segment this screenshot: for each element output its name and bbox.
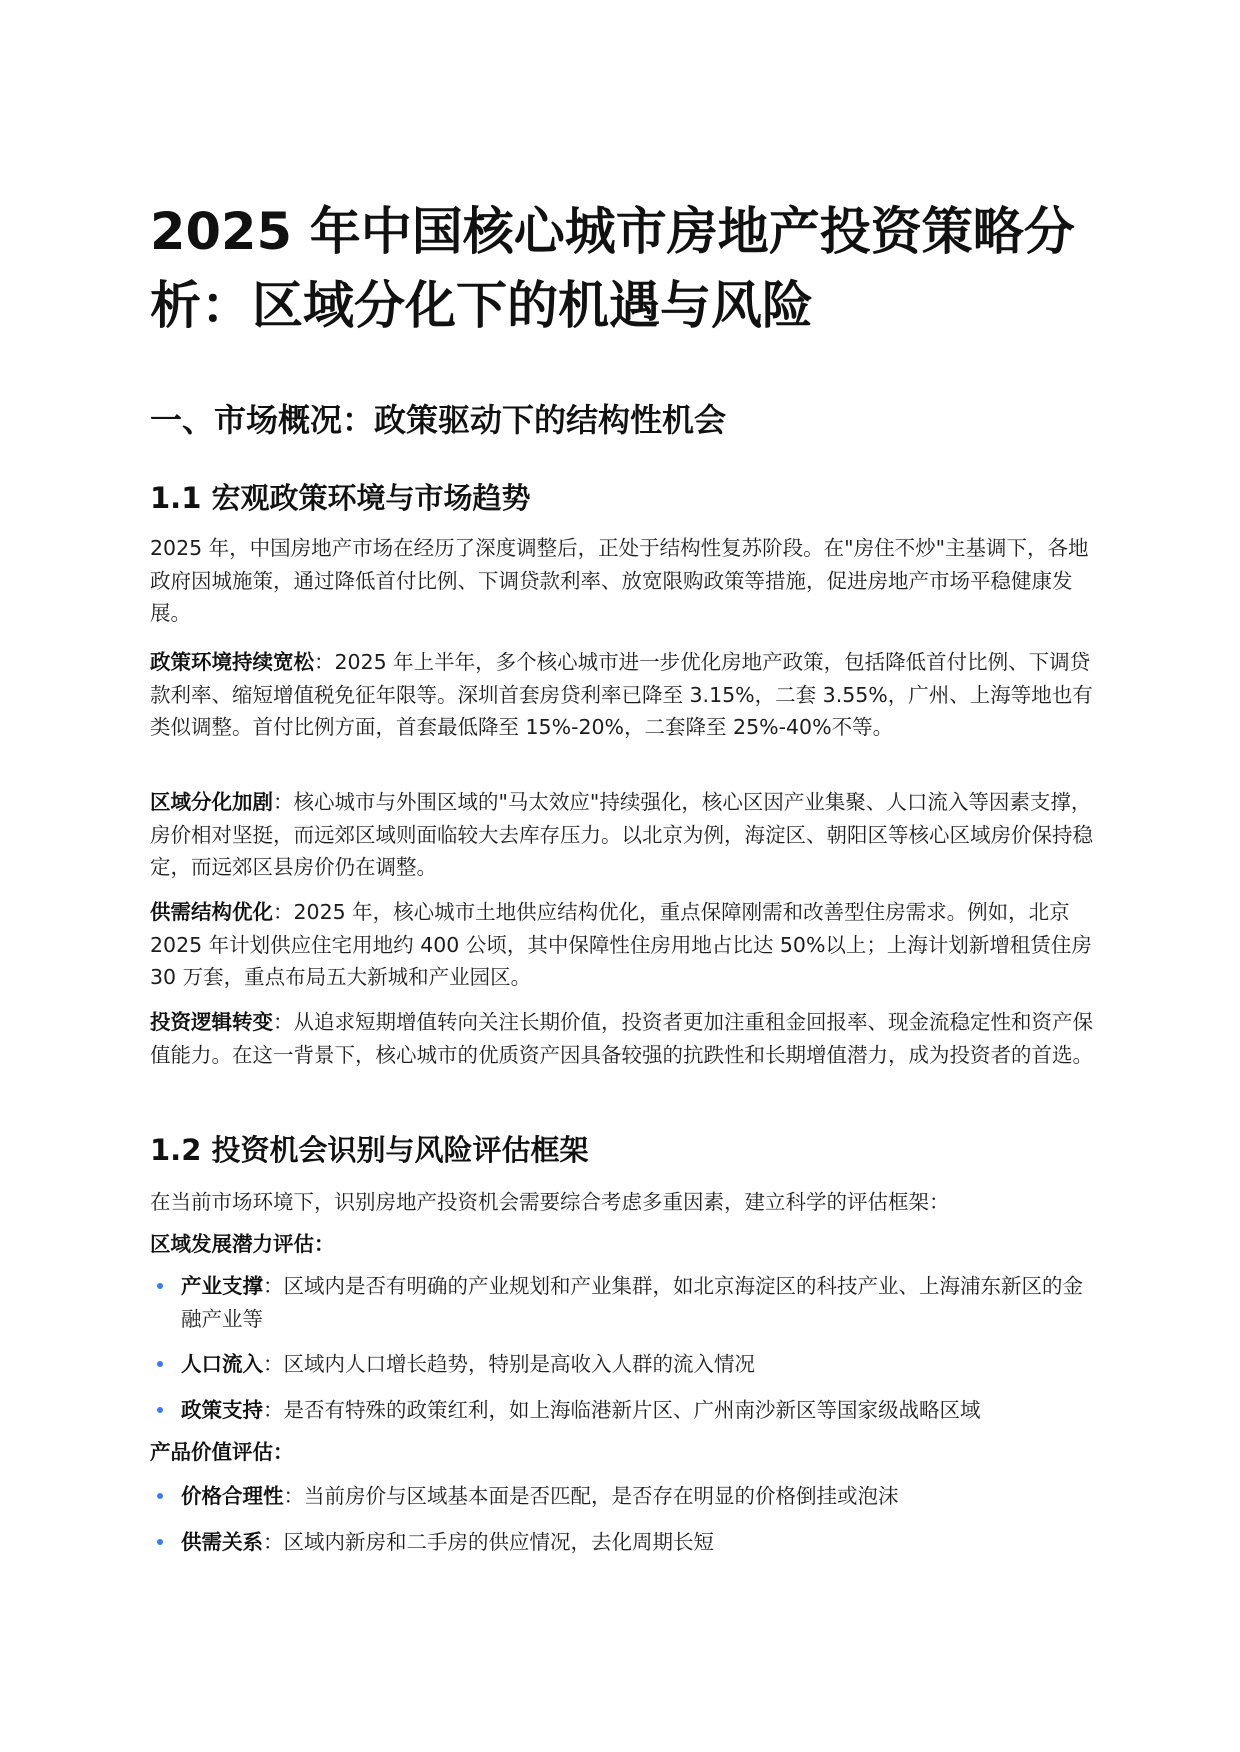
list-item: 政策支持：是否有特殊的政策红利，如上海临港新片区、广州南沙新区等国家级战略区域 [150, 1394, 1095, 1427]
paragraph-regional: 区域分化加剧：核心城市与外围区域的"马太效应"持续强化，核心区因产业集聚、人口流… [150, 786, 1095, 884]
subsection-heading-1-2: 1.2 投资机会识别与风险评估框架 [150, 1130, 588, 1170]
bullet-icon [157, 1361, 163, 1367]
group-label-regional: 区域发展潜力评估： [150, 1228, 335, 1260]
section-heading-1: 一、市场概况：政策驱动下的结构性机会 [150, 398, 726, 442]
paragraph-policy: 政策环境持续宽松：2025 年上半年，多个核心城市进一步优化房地产政策，包括降低… [150, 646, 1095, 744]
bullet-icon [157, 1493, 163, 1499]
paragraph-investment: 投资逻辑转变：从追求短期增值转向关注长期价值，投资者更加注重租金回报率、现金流稳… [150, 1006, 1095, 1071]
framework-intro: 在当前市场环境下，识别房地产投资机会需要综合考虑多重因素，建立科学的评估框架： [150, 1186, 1095, 1219]
paragraph-label: 区域分化加剧 [150, 790, 273, 814]
bullet-icon [157, 1407, 163, 1413]
paragraph-label: 投资逻辑转变 [150, 1010, 273, 1034]
bullet-icon [157, 1539, 163, 1545]
intro-paragraph: 2025 年，中国房地产市场在经历了深度调整后，正处于结构性复苏阶段。在"房住不… [150, 532, 1095, 630]
paragraph-label: 政策环境持续宽松 [150, 650, 314, 674]
subsection-heading-1-1: 1.1 宏观政策环境与市场趋势 [150, 478, 530, 518]
document-title: 2025 年中国核心城市房地产投资策略分析：区域分化下的机遇与风险 [150, 196, 1110, 344]
group-label-product: 产品价值评估： [150, 1436, 294, 1468]
list-item: 人口流入：区域内人口增长趋势，特别是高收入人群的流入情况 [150, 1348, 1095, 1381]
list-item: 供需关系：区域内新房和二手房的供应情况，去化周期长短 [150, 1526, 1095, 1559]
list-item: 价格合理性：当前房价与区域基本面是否匹配，是否存在明显的价格倒挂或泡沫 [150, 1480, 1095, 1513]
list-item: 产业支撑：区域内是否有明确的产业规划和产业集群，如北京海淀区的科技产业、上海浦东… [150, 1270, 1095, 1335]
bullet-icon [157, 1283, 163, 1289]
paragraph-label: 供需结构优化 [150, 900, 273, 924]
paragraph-supply: 供需结构优化：2025 年，核心城市土地供应结构优化，重点保障刚需和改善型住房需… [150, 896, 1095, 994]
